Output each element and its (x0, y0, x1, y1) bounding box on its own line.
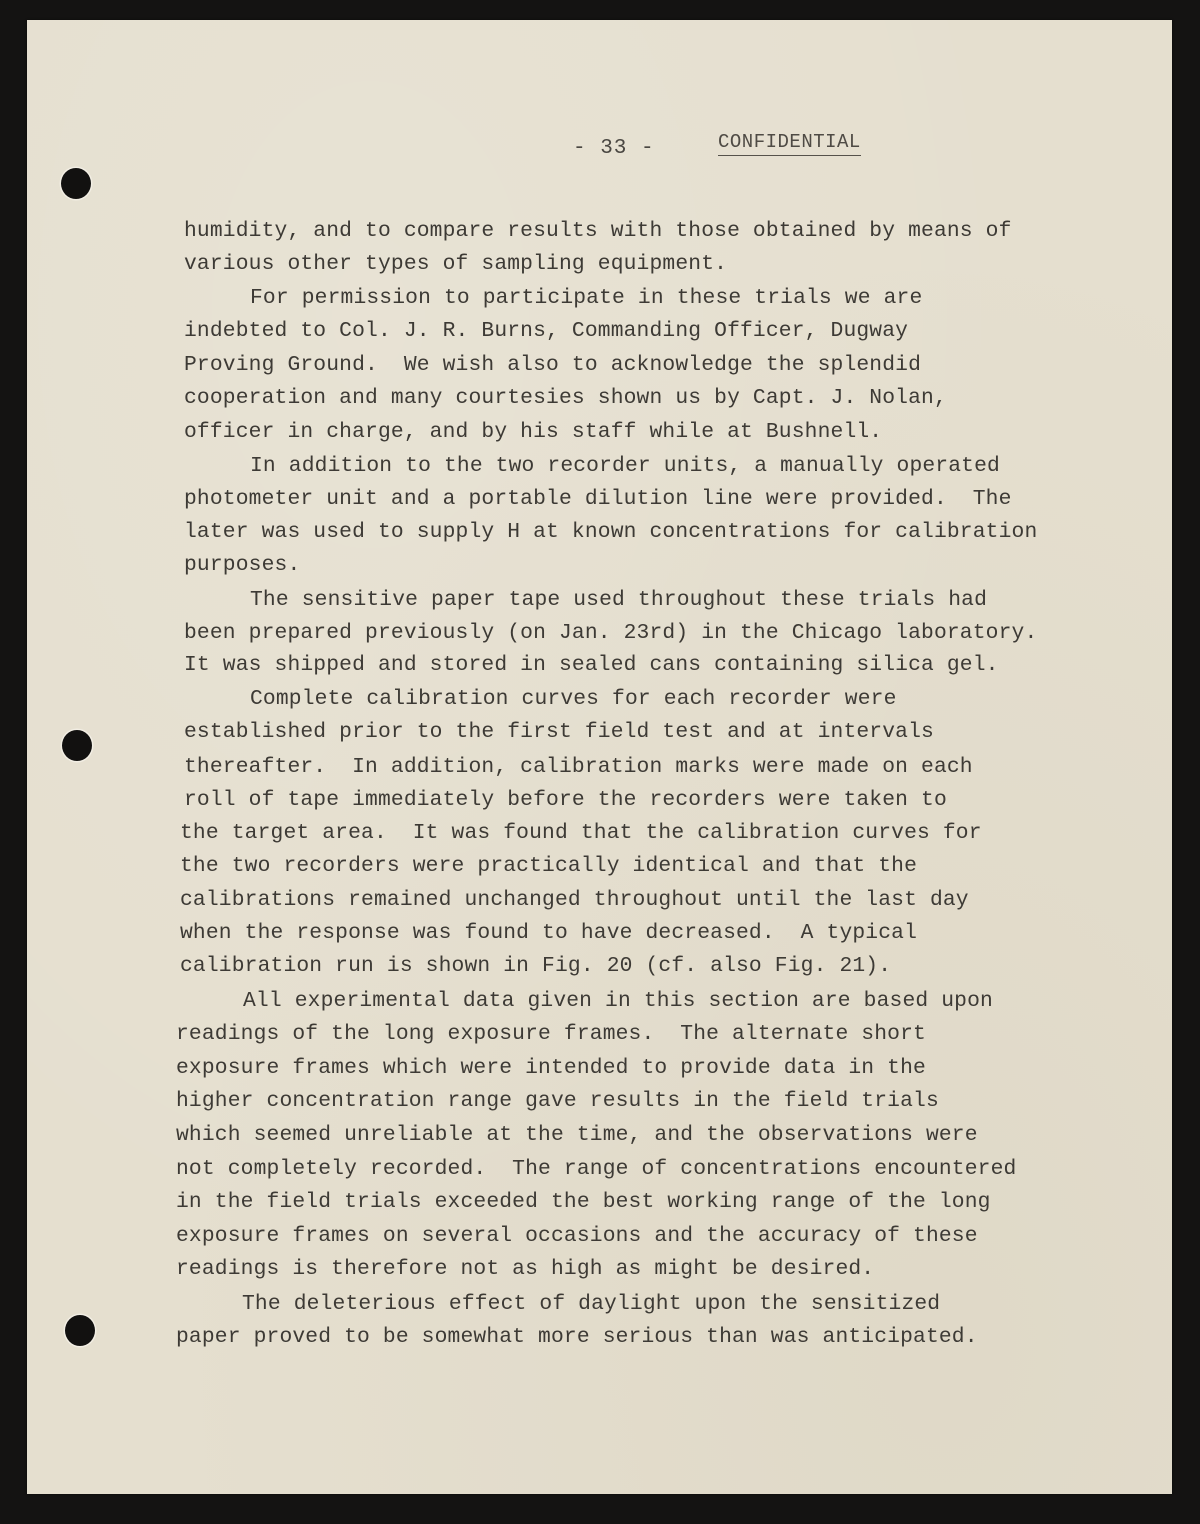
text-line: The deleterious effect of daylight upon … (242, 1291, 940, 1317)
text-line: calibrations remained unchanged througho… (180, 887, 969, 913)
text-line: It was shipped and stored in sealed cans… (184, 652, 999, 678)
text-line: For permission to participate in these t… (250, 285, 922, 311)
text-line: Proving Ground. We wish also to acknowle… (184, 352, 921, 378)
text-line: In addition to the two recorder units, a… (250, 453, 1000, 479)
text-line: indebted to Col. J. R. Burns, Commanding… (184, 318, 908, 344)
text-line: which seemed unreliable at the time, and… (176, 1122, 978, 1148)
text-line: readings is therefore not as high as mig… (176, 1256, 874, 1282)
text-line: humidity, and to compare results with th… (184, 218, 1012, 244)
text-line: when the response was found to have decr… (180, 920, 917, 946)
text-line: calibration run is shown in Fig. 20 (cf.… (180, 953, 891, 979)
text-line: established prior to the first field tes… (184, 719, 934, 745)
text-line: All experimental data given in this sect… (243, 988, 993, 1014)
text-line: photometer unit and a portable dilution … (184, 486, 1012, 512)
text-line: the target area. It was found that the c… (180, 820, 982, 846)
text-line: Complete calibration curves for each rec… (250, 686, 897, 712)
text-line: cooperation and many courtesies shown us… (184, 385, 947, 411)
text-line: roll of tape immediately before the reco… (184, 787, 947, 813)
scanned-page-background: - 33 - CONFIDENTIAL humidity, and to com… (0, 0, 1200, 1524)
text-line: purposes. (184, 552, 300, 578)
text-line: The sensitive paper tape used throughout… (250, 587, 987, 613)
text-line: later was used to supply H at known conc… (184, 519, 1037, 545)
text-line: not completely recorded. The range of co… (176, 1156, 1016, 1182)
text-line: in the field trials exceeded the best wo… (176, 1189, 991, 1215)
text-line: higher concentration range gave results … (176, 1088, 939, 1114)
text-line: been prepared previously (on Jan. 23rd) … (184, 620, 1037, 646)
text-line: officer in charge, and by his staff whil… (184, 419, 882, 445)
text-line: exposure frames which were intended to p… (176, 1055, 926, 1081)
text-line: thereafter. In addition, calibration mar… (184, 754, 973, 780)
text-line: exposure frames on several occasions and… (176, 1223, 978, 1249)
document-body: humidity, and to compare results with th… (0, 0, 1200, 1524)
text-line: readings of the long exposure frames. Th… (176, 1021, 926, 1047)
text-line: the two recorders were practically ident… (180, 853, 917, 879)
text-line: various other types of sampling equipmen… (184, 251, 727, 277)
text-line: paper proved to be somewhat more serious… (176, 1324, 978, 1350)
